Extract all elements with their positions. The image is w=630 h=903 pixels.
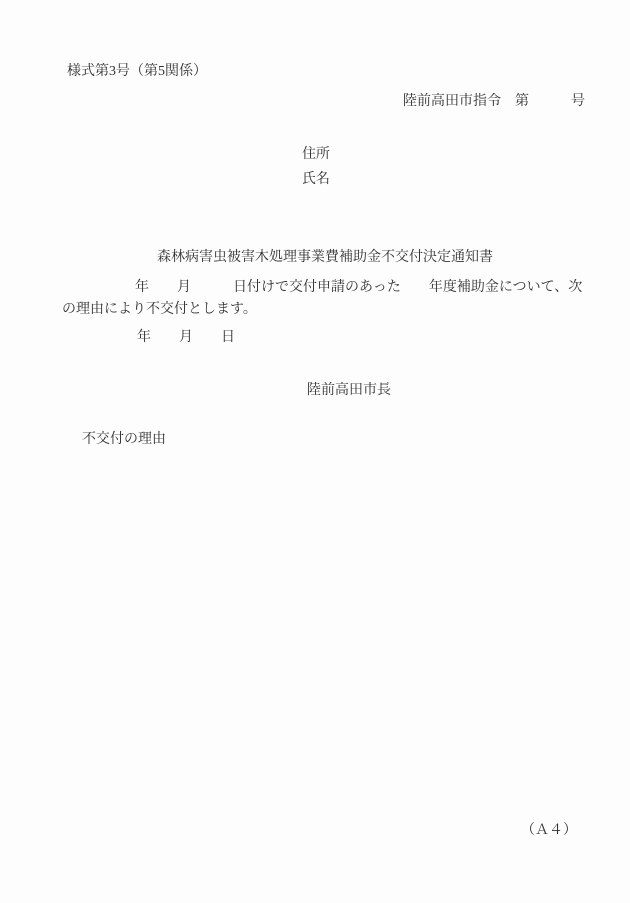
paper-size-note: （Ａ４） [521,822,577,839]
refusal-reason-label: 不交付の理由 [82,431,166,448]
body-paragraph-line-2: の理由により不交付とします。 [62,301,257,318]
recipient-address-label: 住所 [302,146,330,163]
recipient-name-label: 氏名 [302,171,330,188]
sender-mayor-line: 陸前高田市長 [307,382,391,399]
document-title: 森林病害虫被害木処理事業費補助金不交付決定通知書 [157,249,493,266]
body-paragraph-line-1: 年 月 日付けで交付申請のあった 年度補助金について、次 [135,279,582,296]
issue-date-line: 年 月 日 [137,329,235,346]
document-page: 様式第3号（第5関係） 陸前高田市指令 第 号 住所 氏名 森林病害虫被害木処理… [0,0,630,903]
form-number-label: 様式第3号（第5関係） [67,63,207,80]
directive-number-line: 陸前高田市指令 第 号 [403,93,585,110]
